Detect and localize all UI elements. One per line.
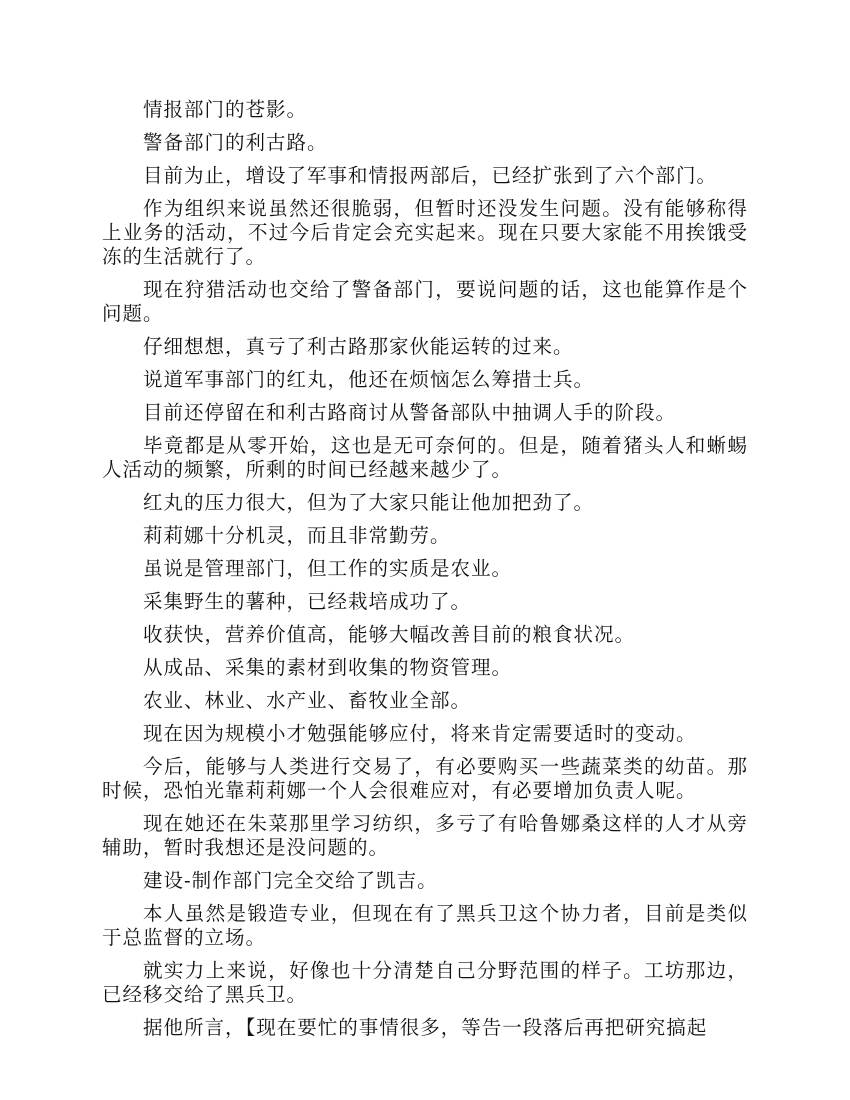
paragraph: 情报部门的苍影。 — [102, 98, 748, 122]
paragraph: 今后，能够与人类进行交易了，有必要购买一些蔬菜类的幼苗。那时候，恐怕光靠莉莉娜一… — [102, 755, 748, 803]
paragraph: 本人虽然是锻造专业，但现在有了黑兵卫这个协力者，目前是类似于总监督的立场。 — [102, 902, 748, 950]
paragraph: 说道军事部门的红丸，他还在烦恼怎么筹措士兵。 — [102, 368, 748, 392]
paragraph: 从成品、采集的素材到收集的物资管理。 — [102, 656, 748, 680]
paragraph: 现在她还在朱菜那里学习纺织，多亏了有哈鲁娜桑这样的人才从旁辅助，暂时我想还是没问… — [102, 812, 748, 860]
paragraph: 仔细想想，真亏了利古路那家伙能运转的过来。 — [102, 335, 748, 359]
paragraph: 莉莉娜十分机灵，而且非常勤劳。 — [102, 524, 748, 548]
paragraph: 作为组织来说虽然还很脆弱，但暂时还没发生问题。没有能够称得上业务的活动，不过今后… — [102, 197, 748, 269]
paragraph: 红丸的压力很大，但为了大家只能让他加把劲了。 — [102, 491, 748, 515]
paragraph: 现在狩猎活动也交给了警备部门，要说问题的话，这也能算作是个问题。 — [102, 278, 748, 326]
document-page: 情报部门的苍影。 警备部门的利古路。 目前为止，增设了军事和情报两部后，已经扩张… — [102, 98, 748, 1049]
paragraph: 农业、林业、水产业、畜牧业全部。 — [102, 689, 748, 713]
paragraph: 现在因为规模小才勉强能够应付，将来肯定需要适时的变动。 — [102, 722, 748, 746]
paragraph: 虽说是管理部门，但工作的实质是农业。 — [102, 557, 748, 581]
paragraph: 收获快，营养价值高，能够大幅改善目前的粮食状况。 — [102, 623, 748, 647]
paragraph: 采集野生的薯种，已经栽培成功了。 — [102, 590, 748, 614]
paragraph: 建设-制作部门完全交给了凯吉。 — [102, 869, 748, 893]
paragraph: 目前为止，增设了军事和情报两部后，已经扩张到了六个部门。 — [102, 164, 748, 188]
paragraph: 毕竟都是从零开始，这也是无可奈何的。但是，随着猪头人和蜥蜴人活动的频繁，所剩的时… — [102, 434, 748, 482]
paragraph: 据他所言，【现在要忙的事情很多，等告一段落后再把研究搞起 — [102, 1016, 748, 1040]
paragraph: 就实力上来说，好像也十分清楚自己分野范围的样子。工坊那边，已经移交给了黑兵卫。 — [102, 959, 748, 1007]
paragraph: 警备部门的利古路。 — [102, 131, 748, 155]
paragraph: 目前还停留在和利古路商讨从警备部队中抽调人手的阶段。 — [102, 401, 748, 425]
